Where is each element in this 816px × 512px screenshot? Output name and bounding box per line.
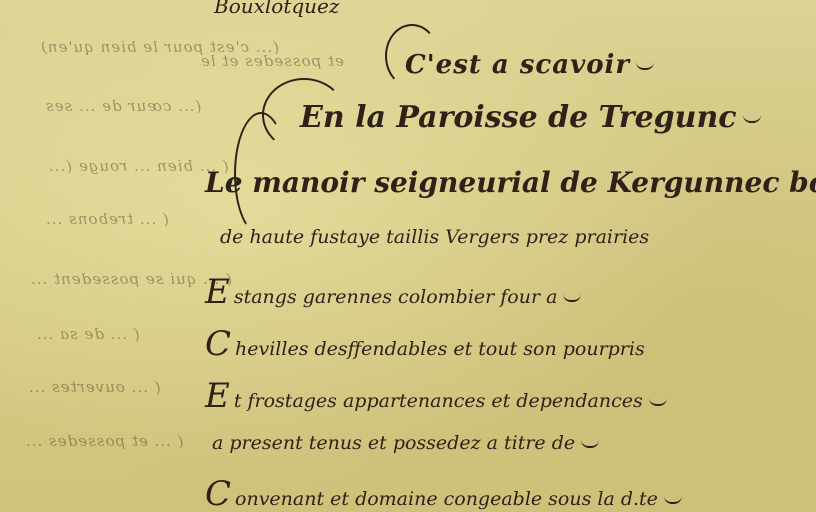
manuscript-line-4: Chevilles desffendables et tout son pour… bbox=[205, 324, 645, 364]
line-end-flourish bbox=[581, 440, 599, 448]
manuscript-line-5: Et frostages appartenances et dependance… bbox=[205, 376, 667, 416]
line-text: t frostages appartenances et dependances bbox=[234, 390, 643, 412]
manuscript-line-7: Convenant et domaine congeable sous la d… bbox=[205, 474, 682, 512]
bleed-through-line: ( ... de sa ... bbox=[36, 325, 140, 343]
line-end-flourish bbox=[743, 115, 761, 123]
title-text: C'est a scavoir bbox=[405, 50, 630, 80]
bleed-through-line: (... cœur de ... ses bbox=[45, 97, 201, 115]
document-subtitle: En la Paroisse de Tregunc bbox=[300, 100, 761, 135]
bleed-through-line: ( ... bien ... rouge (... bbox=[48, 157, 229, 175]
line-end-flourish bbox=[563, 294, 581, 302]
top-fragment: Bouxlotquez bbox=[214, 0, 339, 18]
subtitle-text: En la Paroisse de Tregunc bbox=[300, 100, 737, 135]
manuscript-page: (... c'est pour le bien qu'en) et possed… bbox=[0, 0, 816, 512]
line-text: de haute fustaye taillis Vergers prez pr… bbox=[220, 226, 649, 248]
decorated-initial: E bbox=[205, 376, 230, 416]
decorated-initial: C bbox=[205, 324, 231, 364]
decorated-initial: C bbox=[205, 474, 231, 512]
document-title: C'est a scavoir bbox=[405, 50, 654, 80]
line-text: stangs garennes colombier four a bbox=[234, 286, 558, 308]
line-text: a present tenus et possedez a titre de bbox=[212, 432, 575, 454]
manuscript-line-6: a present tenus et possedez a titre de bbox=[212, 432, 599, 454]
manuscript-line-2: de haute fustaye taillis Vergers prez pr… bbox=[220, 226, 649, 248]
bleed-through-line: et possedes et le bbox=[200, 52, 344, 70]
bleed-through-line: ( ... et possedes ... bbox=[25, 432, 184, 450]
manuscript-line-1: Le manoir seigneurial de Kergunnec boisé bbox=[205, 166, 816, 199]
bleed-through-line: ( ... ouvertes ... bbox=[28, 378, 161, 396]
bleed-through-line: ( ... qui se possedent ... bbox=[30, 270, 232, 288]
line-end-flourish bbox=[636, 62, 654, 70]
line-end-flourish bbox=[664, 496, 682, 504]
line-end-flourish bbox=[649, 398, 667, 406]
decorated-initial: E bbox=[205, 272, 230, 312]
line-text: onvenant et domaine congeable sous la d.… bbox=[235, 488, 658, 510]
bleed-through-line: ( ... trebons ... bbox=[45, 210, 169, 228]
manuscript-line-3: Estangs garennes colombier four a bbox=[205, 272, 581, 312]
line-text: Le manoir seigneurial de Kergunnec boisé bbox=[205, 166, 816, 199]
line-text: hevilles desffendables et tout son pourp… bbox=[235, 338, 645, 360]
